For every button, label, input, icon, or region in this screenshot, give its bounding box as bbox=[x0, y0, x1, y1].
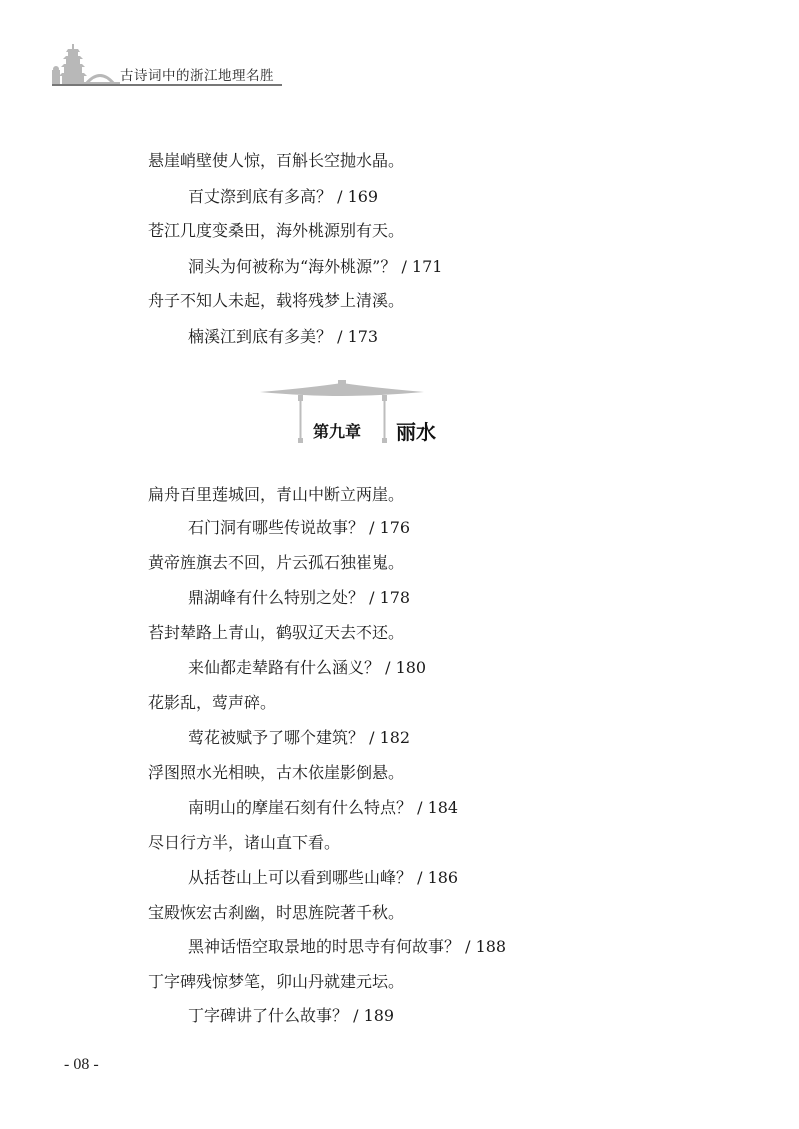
header-divider bbox=[52, 84, 282, 86]
toc-entry[interactable]: 鼎湖峰有什么特别之处？ / 178 bbox=[188, 585, 410, 608]
book-title: 古诗词中的浙江地理名胜 bbox=[120, 64, 274, 84]
toc-entry[interactable]: 从括苍山上可以看到哪些山峰？ / 186 bbox=[188, 865, 458, 888]
chapter-heading: 第九章 丽水 bbox=[258, 378, 488, 448]
poem-line: 扁舟百里莲城回，青山中断立两崖。 bbox=[148, 482, 404, 505]
poem-line: 宝殿恢宏古刹幽，时思旌院著千秋。 bbox=[148, 900, 404, 923]
toc-entry[interactable]: 来仙都走辇路有什么涵义？ / 180 bbox=[188, 655, 426, 678]
poem-line: 悬崖峭壁使人惊，百斛长空抛水晶。 bbox=[148, 148, 404, 171]
page-number: - 08 - bbox=[64, 1056, 99, 1074]
toc-entry[interactable]: 楠溪江到底有多美？ / 173 bbox=[188, 324, 378, 347]
poem-line: 苍江几度变桑田，海外桃源别有天。 bbox=[148, 218, 404, 241]
toc-entry[interactable]: 莺花被赋予了哪个建筑？ / 182 bbox=[188, 725, 410, 748]
poem-line: 尽日行方半，诸山直下看。 bbox=[148, 830, 340, 853]
poem-line: 花影乱，莺声碎。 bbox=[148, 690, 276, 713]
running-header: 古诗词中的浙江地理名胜 bbox=[52, 40, 282, 88]
chapter-number: 第九章 bbox=[313, 419, 361, 442]
poem-line: 浮图照水光相映，古木依崖影倒悬。 bbox=[148, 760, 404, 783]
toc-entry[interactable]: 黑神话悟空取景地的时思寺有何故事？ / 188 bbox=[188, 934, 506, 957]
poem-line: 丁字碑残惊梦笔，卯山丹就建元坛。 bbox=[148, 969, 404, 992]
poem-line: 黄帝旌旗去不回，片云孤石独崔嵬。 bbox=[148, 550, 404, 573]
toc-entry[interactable]: 南明山的摩崖石刻有什么特点？ / 184 bbox=[188, 795, 458, 818]
toc-entry[interactable]: 洞头为何被称为“海外桃源”？ / 171 bbox=[188, 254, 442, 277]
toc-entry[interactable]: 石门洞有哪些传说故事？ / 176 bbox=[188, 515, 410, 538]
poem-line: 舟子不知人未起，载将残梦上清溪。 bbox=[148, 288, 404, 311]
toc-entry[interactable]: 丁字碑讲了什么故事？ / 189 bbox=[188, 1003, 394, 1026]
toc-entry[interactable]: 百丈漈到底有多高？ / 169 bbox=[188, 184, 378, 207]
poem-line: 苔封辇路上青山，鹤驭辽天去不还。 bbox=[148, 620, 404, 643]
chapter-title: 丽水 bbox=[396, 416, 436, 445]
